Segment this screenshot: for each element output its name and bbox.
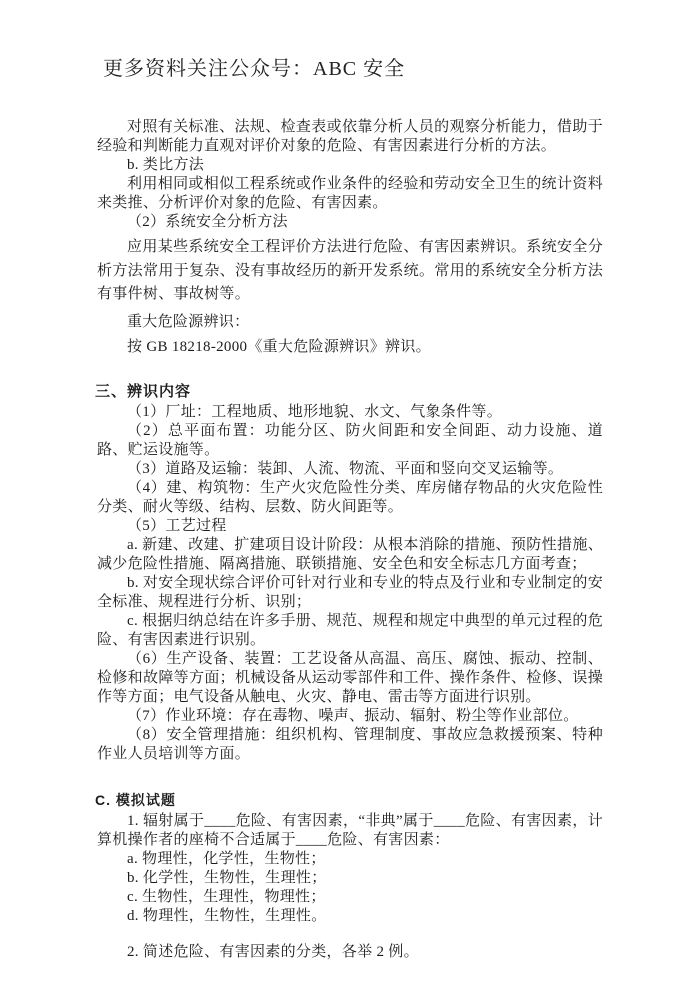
paragraph: c. 根据归纳总结在许多手册、规范、规程和规定中典型的单元过程的危险、有害因素进… bbox=[97, 612, 603, 650]
paragraph: （6）生产设备、装置：工艺设备从高温、高压、腐蚀、振动、控制、检修和故障等方面；… bbox=[97, 650, 603, 707]
paragraph: 利用相同或相似工程系统或作业条件的经验和劳动安全卫生的统计资料来类推、分析评价对… bbox=[97, 175, 603, 213]
paragraph: （5）工艺过程 bbox=[97, 517, 603, 536]
paragraph: b. 对安全现状综合评价可针对行业和专业的特点及行业和专业制定的安全标准、规程进… bbox=[97, 574, 603, 612]
paragraph: 应用某些系统安全工程评价方法进行危险、有害因素辨识。系统安全分析方法常用于复杂、… bbox=[97, 236, 603, 307]
document-body: 对照有关标准、法规、检查表或依靠分析人员的观察分析能力，借助于经验和判断能力直观… bbox=[97, 118, 603, 962]
paragraph: 1. 辐射属于____危险、有害因素，“非典”属于____危险、有害因素，计算机… bbox=[97, 812, 603, 850]
paragraph: （7）作业环境：存在毒物、噪声、振动、辐射、粉尘等作业部位。 bbox=[97, 707, 603, 726]
paragraph: c. 生物性，生理性，物理性； bbox=[97, 888, 603, 907]
paragraph: 按 GB 18218-2000《重大危险源辨识》辨识。 bbox=[97, 338, 603, 357]
document-page: 更多资料关注公众号：ABC 安全 对照有关标准、法规、检查表或依靠分析人员的观察… bbox=[0, 0, 700, 990]
paragraph: （4）建、构筑物：生产火灾危险性分类、库房储存物品的火灾危险性分类、耐火等级、结… bbox=[97, 479, 603, 517]
paragraph: （3）道路及运输：装卸、人流、物流、平面和竖向交叉运输等。 bbox=[97, 460, 603, 479]
paragraph: （2）系统安全分析方法 bbox=[97, 213, 603, 232]
paragraph: 对照有关标准、法规、检查表或依靠分析人员的观察分析能力，借助于经验和判断能力直观… bbox=[97, 118, 603, 156]
paragraph: （1）厂址：工程地质、地形地貌、水文、气象条件等。 bbox=[97, 403, 603, 422]
section-heading: C. 模拟试题 bbox=[95, 791, 603, 810]
page-header: 更多资料关注公众号：ABC 安全 bbox=[103, 52, 603, 81]
paragraph: 2. 简述危险、有害因素的分类，各举 2 例。 bbox=[97, 943, 603, 962]
paragraph: （8）安全管理措施：组织机构、管理制度、事故应急救援预案、特种作业人员培训等方面… bbox=[97, 726, 603, 764]
paragraph: （2）总平面布置：功能分区、防火间距和安全间距、动力设施、道路、贮运设施等。 bbox=[97, 422, 603, 460]
paragraph: d. 物理性，生物性，生理性。 bbox=[97, 907, 603, 926]
paragraph: a. 新建、改建、扩建项目设计阶段：从根本消除的措施、预防性措施、减少危险性措施… bbox=[97, 536, 603, 574]
paragraph: b. 类比方法 bbox=[97, 156, 603, 175]
section-heading: 三、辨识内容 bbox=[95, 382, 603, 401]
paragraph: 重大危险源辨识： bbox=[97, 313, 603, 332]
paragraph: b. 化学性，生物性，生理性； bbox=[97, 869, 603, 888]
paragraph: a. 物理性，化学性，生物性； bbox=[97, 850, 603, 869]
